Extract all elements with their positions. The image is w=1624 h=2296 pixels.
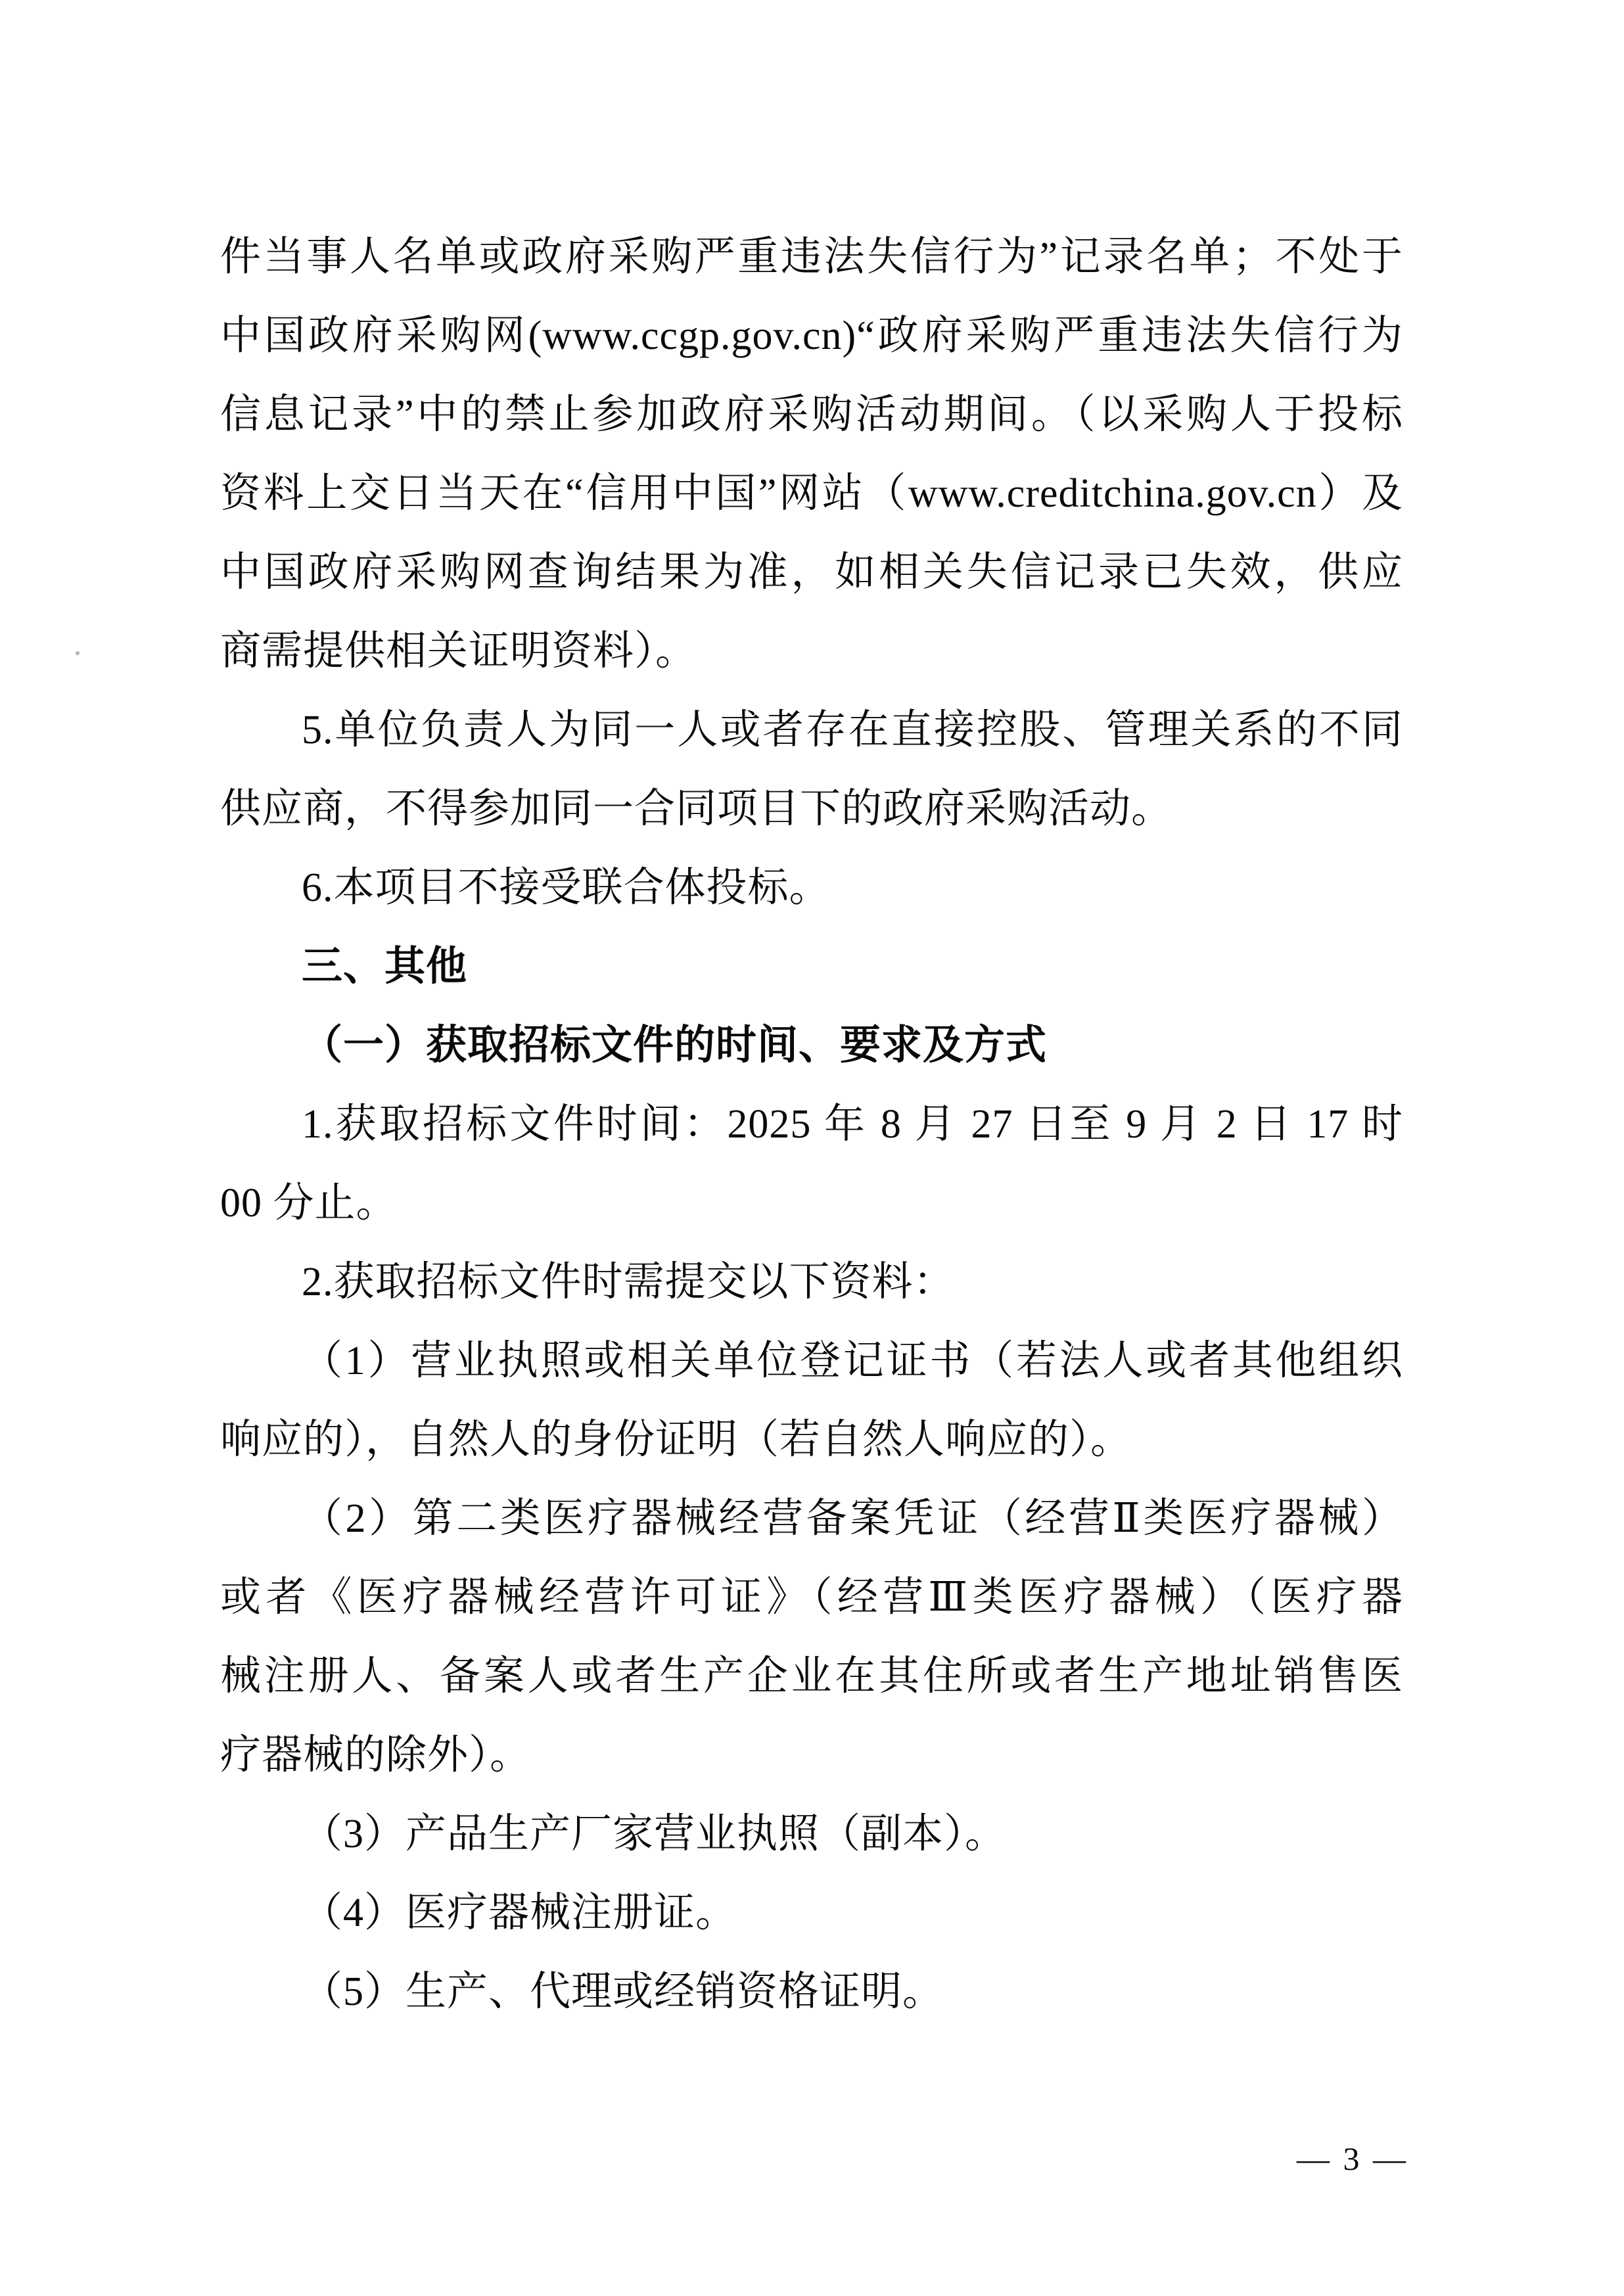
document-line: （1）营业执照或相关单位登记证书（若法人或者其他组织 bbox=[220, 1321, 1403, 1400]
document-line: 2.获取招标文件时需提交以下资料： bbox=[220, 1243, 1403, 1321]
document-line: 6.本项目不接受联合体投标。 bbox=[220, 848, 1403, 927]
document-text-block: 件当事人名单或政府采购严重违法失信行为”记录名单；不处于 中国政府采购网(www… bbox=[220, 218, 1403, 2031]
document-line: 响应的），自然人的身份证明（若自然人响应的）。 bbox=[220, 1400, 1403, 1479]
document-page: 件当事人名单或政府采购严重违法失信行为”记录名单；不处于 中国政府采购网(www… bbox=[0, 0, 1624, 2296]
document-line: 件当事人名单或政府采购严重违法失信行为”记录名单；不处于 bbox=[220, 218, 1403, 296]
document-line: 疗器械的除外）。 bbox=[220, 1716, 1403, 1795]
document-line: 资料上交日当天在“信用中国”网站（www.creditchina.gov.cn）… bbox=[220, 454, 1403, 533]
document-line: 供应商，不得参加同一合同项目下的政府采购活动。 bbox=[220, 769, 1403, 848]
document-line: 1.获取招标文件时间：2025 年 8 月 27 日至 9 月 2 日 17 时 bbox=[220, 1085, 1403, 1164]
document-line: （3）产品生产厂家营业执照（副本）。 bbox=[220, 1795, 1403, 1873]
document-line: 5.单位负责人为同一人或者存在直接控股、管理关系的不同 bbox=[220, 691, 1403, 769]
document-line: 中国政府采购网查询结果为准，如相关失信记录已失效，供应 bbox=[220, 533, 1403, 612]
subsection-heading-obtain-documents: （一）获取招标文件的时间、要求及方式 bbox=[220, 1006, 1403, 1085]
document-line: 商需提供相关证明资料）。 bbox=[220, 612, 1403, 691]
document-line: （5）生产、代理或经销资格证明。 bbox=[220, 1952, 1403, 2031]
document-line: 00 分止。 bbox=[220, 1164, 1403, 1243]
section-heading-other: 三、其他 bbox=[220, 927, 1403, 1006]
page-number: — 3 — bbox=[1297, 2119, 1408, 2198]
document-line: （4）医疗器械注册证。 bbox=[220, 1873, 1403, 1952]
document-line: （2）第二类医疗器械经营备案凭证（经营Ⅱ类医疗器械） bbox=[220, 1479, 1403, 1558]
document-line: 中国政府采购网(www.ccgp.gov.cn)“政府采购严重违法失信行为 bbox=[220, 296, 1403, 375]
document-line: 或者《医疗器械经营许可证》（经营Ⅲ类医疗器械）（医疗器 bbox=[220, 1558, 1403, 1637]
document-line: 信息记录”中的禁止参加政府采购活动期间。（以采购人于投标 bbox=[220, 375, 1403, 454]
scan-artifact-dot bbox=[76, 651, 80, 655]
document-line: 械注册人、备案人或者生产企业在其住所或者生产地址销售医 bbox=[220, 1637, 1403, 1716]
